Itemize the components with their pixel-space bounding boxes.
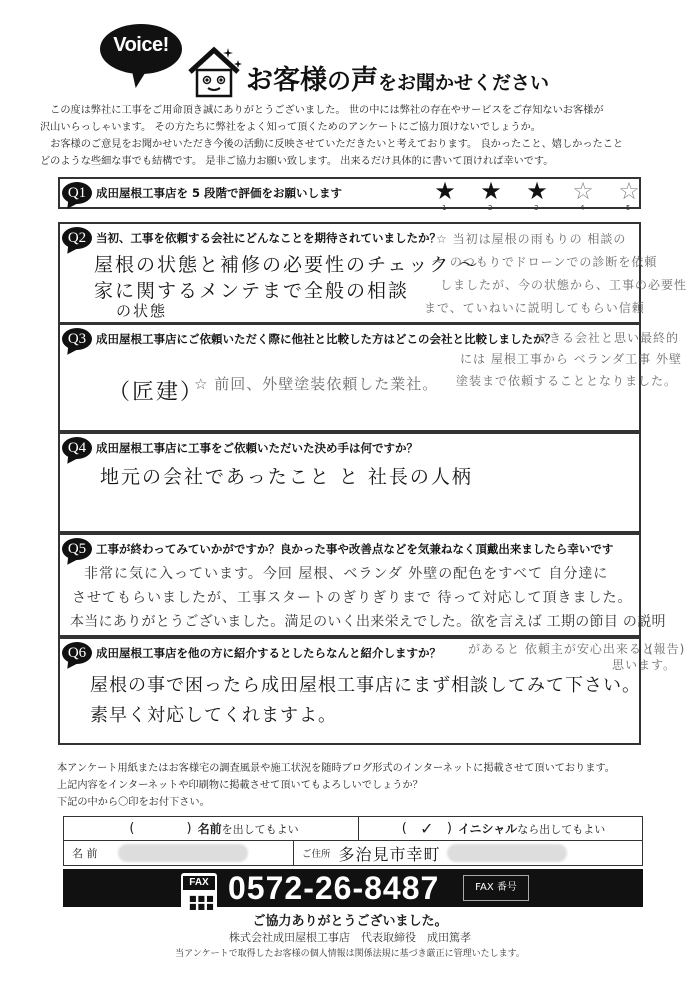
q5-answer-line-1: 非常に気に入っています。今回 屋根、ベランダ 外壁の配色をすべて 自分達に [84, 563, 608, 583]
q5-badge: Q5 [62, 538, 92, 560]
q2-side-note-1: ☆ 当初は屋根の雨もりの 相談の [436, 230, 626, 247]
q2-answer-line-2: 家に関するメンテまで全般の相談 [94, 276, 409, 303]
q2-side-note-3: しましたが、今の状態から、工事の必要性 [440, 276, 687, 293]
option-initial-checkmark-icon[interactable]: ✓ [413, 819, 441, 838]
address-field[interactable]: ご住所 多治見市幸町 [294, 841, 642, 865]
survey-header: Voice! お客様の声をお聞かせください [100, 22, 620, 97]
q6-answer-line-2: 素早く対応してくれますよ。 [90, 701, 337, 727]
thanks-message: ご協力ありがとうございました。 [0, 910, 700, 929]
fax-number-tag: FAX 番号 [463, 875, 529, 901]
star-4-empty-icon[interactable]: ☆4 [570, 178, 596, 204]
rating-stars[interactable]: ★1 ★2 ★3 ☆4 ☆5 [432, 178, 642, 204]
q3-answer-note: ☆ 前回、外壁塗装依頼した業社。 [194, 373, 438, 394]
consent-text: 本アンケート用紙またはお客様宅の調査風景や施工状況を随時ブログ形式のインターネッ… [57, 760, 615, 811]
q2-side-note-4: まで、ていねいに説明してもらい信頼 [424, 299, 645, 316]
q2-side-note-2: ～ のつもりでドローンでの診断を依頼 [432, 253, 657, 270]
q2-text: 当初、工事を依頼する会社にどんなことを期待されていましたか？ [96, 230, 441, 246]
q3-answer: （匠建） [108, 375, 204, 406]
name-field[interactable]: 名 前 [64, 841, 294, 865]
q1-badge: Q1 [62, 182, 92, 204]
q3-side-note-1: できる会社と思い最終的 [536, 329, 679, 346]
q3-text: 成田屋根工事店にご依頼いただく際に他社と比較した方はどこの会社と比較しましたか？ [96, 331, 556, 347]
voice-label: Voice! [100, 34, 182, 57]
q5-answer-line-2: させてもらいましたが、工事スタートのぎりぎりまで 待って対応して頂きました。 [72, 587, 632, 607]
question-4-box: Q4 成田屋根工事店に工事をご依頼いただいた決め手は何ですか？ 地元の会社であっ… [58, 432, 641, 533]
star-2-filled-icon[interactable]: ★2 [478, 178, 504, 204]
q2-answer-line-3: の状態 [116, 300, 167, 321]
company-name: 株式会社成田屋根工事店 代表取締役 成田篤孝 [0, 929, 700, 945]
fax-machine-icon: FAX ■■■■■■ [181, 873, 217, 913]
privacy-notice: 当アンケートで取得したお客様の個人情報は関係法規に基づき厳正に管理いたします。 [0, 946, 700, 959]
q5-answer-line-3: 本当にありがとうございました。満足のいく出来栄えでした。欲を言えば 工期の節目 … [70, 611, 666, 631]
q4-badge: Q4 [62, 437, 92, 459]
q6-text: 成田屋根工事店を他の方に紹介するとしたらなんと紹介しますか？ [96, 645, 441, 661]
q6-side-note-2: 思います。 [612, 656, 676, 673]
fax-number[interactable]: 0572-26-8487 [228, 869, 439, 907]
name-label: 名 前 [72, 845, 98, 861]
q2-badge: Q2 [62, 227, 92, 249]
fax-bar: FAX ■■■■■■ 0572-26-8487 FAX 番号 [63, 869, 643, 907]
q4-text: 成田屋根工事店に工事をご依頼いただいた決め手は何ですか？ [96, 440, 418, 456]
q5-text: 工事が終わってみていかがですか？良かった事や改善点などを気兼ねなく頂戴出来ました… [96, 541, 613, 557]
q6-badge: Q6 [62, 642, 92, 664]
star-1-filled-icon[interactable]: ★1 [432, 178, 458, 204]
name-redacted [118, 844, 248, 862]
q2-answer-line-1: 屋根の状態と補修の必要性のチェック ～ [94, 250, 479, 277]
house-mascot-icon [186, 46, 242, 98]
address-label: ご住所 [302, 846, 331, 860]
q6-side-note-1: があると 依頼主が安心出来ると [468, 640, 655, 657]
q3-side-note-2: には 屋根工事から ベランダ工事 外壁 [460, 350, 682, 367]
q4-answer: 地元の会社であったこと と 社長の人柄 [100, 462, 473, 489]
q3-badge: Q3 [62, 328, 92, 350]
star-5-empty-icon[interactable]: ☆5 [616, 178, 642, 204]
address-value: 多治見市幸町 [339, 842, 441, 865]
q1-text: 成田屋根工事店を 5 段階で評価をお願いします [96, 185, 342, 201]
address-redacted [447, 844, 567, 862]
q3-side-note-3: 塗装まで依頼することとなりました。 [456, 372, 677, 389]
option-name-ok[interactable]: () 名前を出してもよい [64, 817, 359, 840]
speech-bubble-tail [126, 64, 148, 89]
consent-form-table: () 名前を出してもよい (✓) イニシャルなら出してもよい 名 前 ご住所 多… [63, 816, 643, 866]
star-3-filled-icon[interactable]: ★3 [524, 178, 550, 204]
option-initial-ok[interactable]: (✓) イニシャルなら出してもよい [359, 817, 642, 840]
q6-answer-line-1: 屋根の事で困ったら成田屋根工事店にまず相談してみて下さい。 [90, 671, 641, 697]
question-5-box: Q5 工事が終わってみていかがですか？良かった事や改善点などを気兼ねなく頂戴出来… [58, 533, 641, 637]
page-title: お客様の声をお聞かせください [246, 58, 549, 97]
intro-text: この度は弊社に工事をご用命頂き誠にありがとうございました。 世の中には弊社の存在… [40, 102, 665, 170]
